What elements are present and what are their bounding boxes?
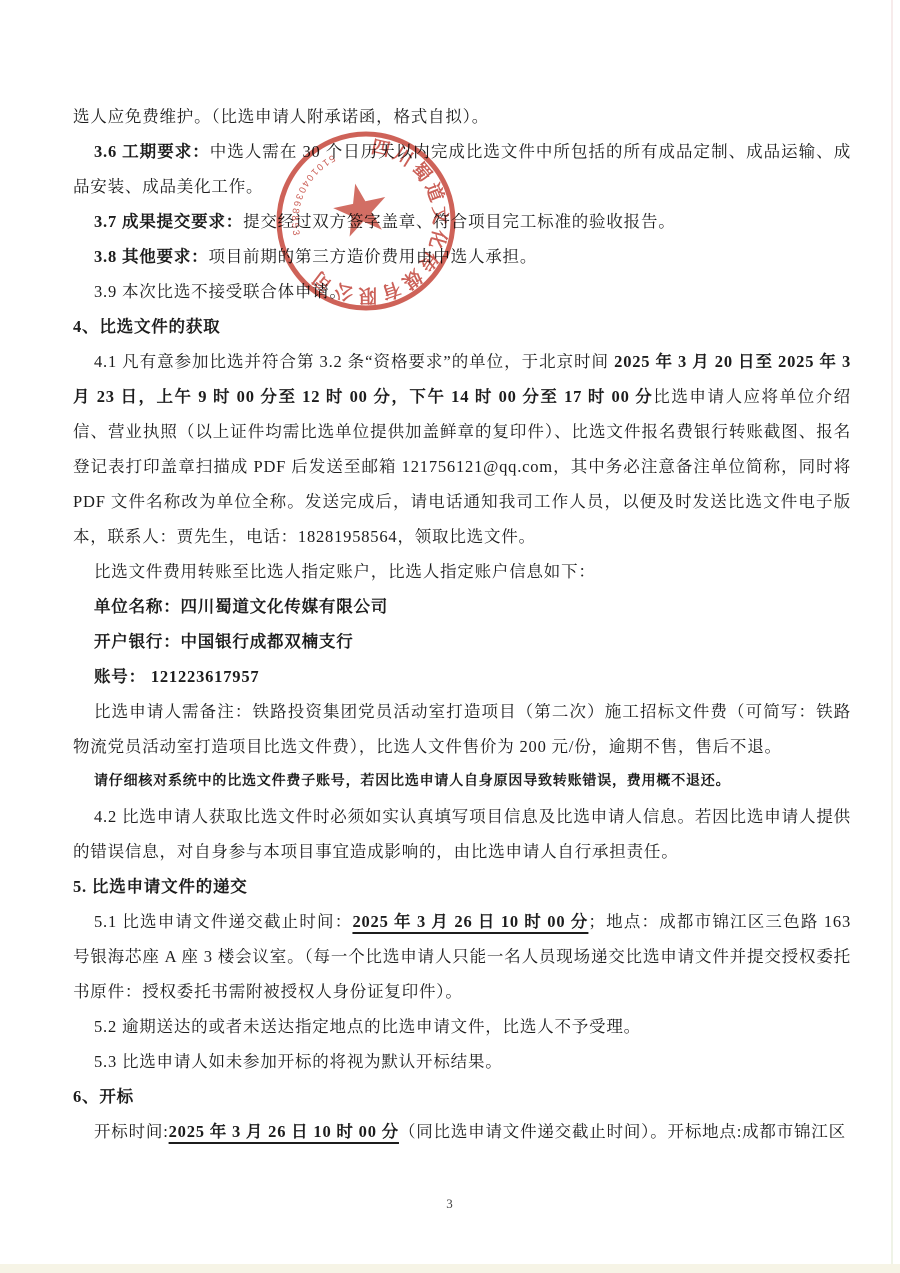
- text-segment: 提交经过双方签字盖章、符合项目完工标准的验收报告。: [243, 212, 676, 231]
- paragraph: 比选文件费用转账至比选人指定账户，比选人指定账户信息如下：: [73, 554, 851, 589]
- paragraph: 3.7 成果提交要求：提交经过双方签字盖章、符合项目完工标准的验收报告。: [73, 204, 851, 239]
- paragraph: 3.8 其他要求：项目前期的第三方造价费用由中选人承担。: [73, 239, 851, 274]
- paragraph: 5.2 逾期送达的或者未送达指定地点的比选申请文件，比选人不予受理。: [73, 1009, 851, 1044]
- text-segment: 2025 年 3 月 26 日 10 时 00 分: [169, 1122, 399, 1141]
- text-segment: 3.9 本次比选不接受联合体申请。: [94, 282, 347, 301]
- text-segment: 单位名称：四川蜀道文化传媒有限公司: [94, 597, 388, 616]
- paragraph: 账号： 121223617957: [73, 659, 851, 694]
- paragraph: 4.1 凡有意参加比选并符合第 3.2 条“资格要求”的单位，于北京时间 202…: [73, 344, 851, 554]
- text-segment: 比选申请人应将单位介绍信、营业执照（以上证件均需比选单位提供加盖鲜章的复印件）、…: [73, 387, 851, 546]
- text-segment: 比选申请人需备注：铁路投资集团党员活动室打造项目（第二次）施工招标文件费（可简写…: [73, 702, 851, 756]
- text-segment: 2025 年 3 月 26 日 10 时 00 分: [352, 912, 588, 931]
- scan-edge-right: [891, 0, 893, 1273]
- text-segment: 比选文件费用转账至比选人指定账户，比选人指定账户信息如下：: [94, 562, 596, 581]
- text-segment: 4.2 比选申请人获取比选文件时必须如实认真填写项目信息及比选申请人信息。若因比…: [73, 807, 851, 861]
- document-page: 选人应免费维护。（比选申请人附承诺函，格式自拟）。3.6 工期要求：中选人需在 …: [0, 0, 900, 1273]
- paragraph: 比选申请人需备注：铁路投资集团党员活动室打造项目（第二次）施工招标文件费（可简写…: [73, 694, 851, 764]
- text-segment: 5.1 比选申请文件递交截止时间：: [94, 912, 352, 931]
- paragraph: 3.6 工期要求：中选人需在 30 个日历天以内完成比选文件中所包括的所有成品定…: [73, 134, 851, 204]
- text-segment: 开标时间:: [94, 1122, 169, 1141]
- text-segment: 6、开标: [73, 1087, 134, 1106]
- text-segment: 3.7 成果提交要求：: [94, 212, 243, 231]
- section-heading: 5. 比选申请文件的递交: [73, 869, 851, 904]
- text-segment: 请仔细核对系统中的比选文件费子账号，若因比选申请人自身原因导致转账错误，费用概不…: [94, 774, 730, 789]
- text-segment: 3.6 工期要求：: [94, 142, 210, 161]
- paragraph: 3.9 本次比选不接受联合体申请。: [73, 274, 851, 309]
- text-segment: 项目前期的第三方造价费用由中选人承担。: [208, 247, 537, 266]
- text-segment: 开户银行：中国银行成都双楠支行: [94, 632, 354, 651]
- text-segment: 账号： 121223617957: [94, 667, 259, 686]
- page-number: 3: [0, 1196, 900, 1212]
- scan-edge-bottom: [0, 1264, 900, 1273]
- paragraph: 单位名称：四川蜀道文化传媒有限公司: [73, 589, 851, 624]
- text-segment: 4.1 凡有意参加比选并符合第 3.2 条“资格要求”的单位，于北京时间: [94, 352, 614, 371]
- paragraph: 4.2 比选申请人获取比选文件时必须如实认真填写项目信息及比选申请人信息。若因比…: [73, 799, 851, 869]
- text-segment: 4、比选文件的获取: [73, 317, 220, 336]
- paragraph: 选人应免费维护。（比选申请人附承诺函，格式自拟）。: [73, 99, 851, 134]
- paragraph: 5.1 比选申请文件递交截止时间：2025 年 3 月 26 日 10 时 00…: [73, 904, 851, 1009]
- paragraph: 开户银行：中国银行成都双楠支行: [73, 624, 851, 659]
- text-segment: 3.8 其他要求：: [94, 247, 208, 266]
- paragraph: 开标时间:2025 年 3 月 26 日 10 时 00 分（同比选申请文件递交…: [73, 1114, 851, 1149]
- section-heading: 6、开标: [73, 1079, 851, 1114]
- document-body: 选人应免费维护。（比选申请人附承诺函，格式自拟）。3.6 工期要求：中选人需在 …: [0, 0, 900, 1149]
- text-segment: （同比选申请文件递交截止时间）。开标地点:成都市锦江区: [399, 1122, 846, 1141]
- text-segment: 5.3 比选申请人如未参加开标的将视为默认开标结果。: [94, 1052, 503, 1071]
- text-segment: 5.2 逾期送达的或者未送达指定地点的比选申请文件，比选人不予受理。: [94, 1017, 641, 1036]
- text-segment: 5. 比选申请文件的递交: [73, 877, 248, 896]
- paragraph: 请仔细核对系统中的比选文件费子账号，若因比选申请人自身原因导致转账错误，费用概不…: [73, 764, 851, 799]
- paragraph: 5.3 比选申请人如未参加开标的将视为默认开标结果。: [73, 1044, 851, 1079]
- text-segment: 选人应免费维护。（比选申请人附承诺函，格式自拟）。: [73, 107, 489, 126]
- section-heading: 4、比选文件的获取: [73, 309, 851, 344]
